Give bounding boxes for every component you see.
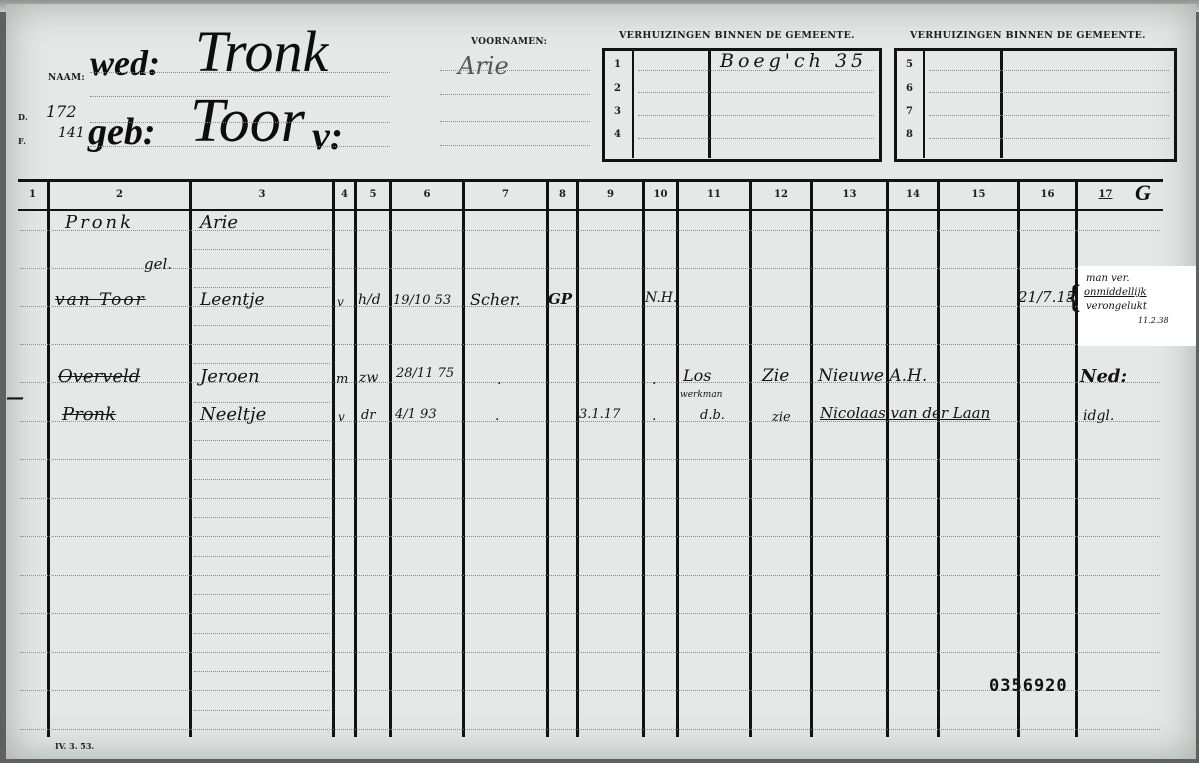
- entry-4-relation: dr: [361, 408, 376, 423]
- moves-right-num-5: 5: [906, 59, 913, 70]
- col3-sub-rule: [194, 249, 330, 250]
- entry-4-firstname: Neeltje: [200, 404, 266, 425]
- entry-4-sex: v: [338, 410, 345, 424]
- moves-left-num-2: 2: [614, 83, 621, 94]
- geb-prefix: geb:: [88, 110, 156, 154]
- entry-2-firstname: Leentje: [200, 290, 265, 310]
- row-rule: [20, 729, 1160, 730]
- col-header-10: 10: [645, 189, 676, 200]
- naam-value: Tronk: [195, 18, 328, 85]
- row-rule: [20, 536, 1160, 537]
- voornamen-label: VOORNAMEN:: [471, 37, 547, 47]
- moves-left-num-3: 3: [614, 106, 621, 117]
- geb-line: [90, 122, 390, 123]
- entry-1-surname: Pronk: [65, 212, 134, 233]
- corner-mark: G: [1135, 180, 1151, 206]
- col3-sub-rule: [194, 633, 330, 634]
- moves-right-divider-1: [923, 50, 925, 158]
- entry-4-birthplace: .: [495, 408, 499, 424]
- entry-2-col8: GP: [548, 290, 572, 308]
- col-header-14: 14: [889, 189, 937, 200]
- entry-4-col13: Nicolaas van der Laan: [820, 404, 990, 422]
- col-header-6: 6: [392, 189, 462, 200]
- col3-sub-rule: [194, 479, 330, 480]
- row-rule: [20, 575, 1160, 576]
- moves-right-line-3: [929, 115, 1169, 116]
- col3-sub-rule: [194, 440, 330, 441]
- naam-label: NAAM:: [48, 73, 85, 83]
- col-header-9: 9: [579, 189, 642, 200]
- col-header-15: 15: [940, 189, 1017, 200]
- moves-right-title: VERHUIZINGEN BINNEN DE GEMEENTE.: [910, 30, 1146, 41]
- entry-3-margin-mark: —: [6, 387, 24, 408]
- note-line-4: 11.2.38: [1138, 314, 1196, 328]
- archive-stamp-number: 0356920: [989, 676, 1068, 696]
- col3-sub-rule: [194, 594, 330, 595]
- col-header-13: 13: [813, 189, 886, 200]
- col-header-1: 1: [18, 189, 47, 200]
- row-rule: [20, 459, 1160, 460]
- row-rule: [20, 652, 1160, 653]
- col-header-5: 5: [357, 189, 389, 200]
- entry-2-surname-prefix: gel.: [144, 255, 172, 273]
- col-header-4: 4: [335, 189, 354, 200]
- moves-left-divider-2: [708, 50, 711, 158]
- entry-2-relation: h/d: [358, 292, 381, 308]
- entry-4-religion: .: [652, 408, 656, 424]
- row-rule: [20, 306, 1160, 307]
- voornamen-line-1: [440, 70, 590, 71]
- entry-2-surname: van Toor: [55, 290, 146, 310]
- form-code: IV. 3. 53.: [55, 741, 94, 751]
- moves-right-line-2: [929, 92, 1169, 93]
- moves-right-line-1: [929, 70, 1169, 71]
- col-header-3: 3: [192, 189, 332, 200]
- row-rule: [20, 498, 1160, 499]
- entry-3-sex: m: [336, 372, 348, 387]
- entry-3-religion: .: [652, 372, 656, 388]
- row-rule: [20, 230, 1160, 231]
- entry-4-occupation: d.b.: [700, 408, 725, 423]
- entry-3-relation: zw: [359, 370, 378, 386]
- entry-4-birthdate: 4/1 93: [395, 407, 437, 422]
- col3-sub-rule: [194, 363, 330, 364]
- note-line-3: verongelukt: [1086, 300, 1196, 314]
- entry-3-surname: Overveld: [58, 366, 140, 387]
- naam-line: [90, 72, 390, 73]
- voornamen-line-3: [440, 121, 590, 122]
- entry-3-col17: Ned:: [1080, 366, 1127, 387]
- entry-2-religion: N.H.: [645, 290, 677, 306]
- col-header-7: 7: [465, 189, 546, 200]
- col3-sub-rule: [194, 517, 330, 518]
- geb-suffix: v:: [312, 112, 343, 159]
- entry-2-birthdate: 19/10 53: [393, 293, 451, 308]
- f-label: F.: [18, 136, 26, 146]
- entry-3-firstname: Jeroen: [200, 366, 260, 387]
- moves-left-line-3: [638, 115, 874, 116]
- moves-right-line-4: [929, 138, 1169, 139]
- moves-right-box: [894, 48, 1177, 162]
- row-rule: [20, 268, 1160, 269]
- col3-sub-rule: [194, 325, 330, 326]
- col3-sub-rule: [194, 710, 330, 711]
- d-label: D.: [18, 112, 28, 122]
- col3-sub-rule: [194, 671, 330, 672]
- col-header-2: 2: [50, 189, 189, 200]
- pasted-note: man ver. onmiddellijk verongelukt 11.2.3…: [1078, 266, 1196, 346]
- col-header-8: 8: [549, 189, 576, 200]
- col-header-17: 17: [1078, 189, 1133, 200]
- col-header-12: 12: [752, 189, 810, 200]
- note-brace: {: [1064, 280, 1083, 315]
- entry-3-col13: Nieuwe A.H.: [818, 366, 927, 386]
- row-rule: [20, 613, 1160, 614]
- naam-prefix: wed:: [90, 42, 160, 84]
- voornamen-value: Arie: [458, 52, 509, 80]
- moves-left-address-1: Boeg'ch 35: [720, 50, 867, 72]
- entry-3-occupation: Los: [683, 366, 711, 385]
- col-header-11: 11: [679, 189, 749, 200]
- moves-left-num-4: 4: [614, 129, 621, 140]
- entry-4-surname: Pronk: [62, 404, 116, 425]
- col3-sub-rule: [194, 556, 330, 557]
- row-rule: [20, 344, 1160, 345]
- entry-3-birthdate: 28/11 75: [396, 366, 454, 381]
- entry-4-col17: idgl.: [1083, 408, 1114, 424]
- entry-1-firstname: Arie: [200, 212, 238, 233]
- entry-2-sex: v: [337, 295, 344, 309]
- d-value: 172: [46, 102, 77, 121]
- moves-left-title: VERHUIZINGEN BINNEN DE GEMEENTE.: [619, 30, 855, 41]
- voornamen-line-2: [440, 94, 590, 95]
- note-line-2: onmiddellijk: [1084, 286, 1196, 300]
- note-line-1: man ver.: [1086, 272, 1196, 286]
- entry-2-birthplace: Scher.: [470, 290, 521, 309]
- col-header-16: 16: [1020, 189, 1075, 200]
- moves-left-line-4: [638, 138, 874, 139]
- moves-right-num-7: 7: [906, 106, 913, 117]
- entry-3-birthplace: .: [497, 372, 501, 388]
- f-value: 141: [58, 125, 85, 141]
- col3-sub-rule: [194, 287, 330, 288]
- entry-3-col12: Zie: [762, 366, 789, 386]
- voornamen-line-4: [440, 145, 590, 146]
- moves-right-num-8: 8: [906, 129, 913, 140]
- moves-left-num-1: 1: [614, 59, 621, 70]
- row-rule: [20, 382, 1160, 383]
- entry-4-col9-date: 3.1.17: [579, 407, 620, 422]
- col3-sub-rule: [194, 402, 330, 403]
- moves-left-divider-1: [632, 50, 634, 158]
- moves-right-num-6: 6: [906, 83, 913, 94]
- geb-line-2: [90, 146, 390, 147]
- entry-3-occupation-sub: werkman: [680, 390, 722, 400]
- moves-right-divider-2: [1000, 50, 1003, 158]
- moves-left-line-2: [638, 92, 874, 93]
- entry-4-col12: zie: [772, 410, 791, 425]
